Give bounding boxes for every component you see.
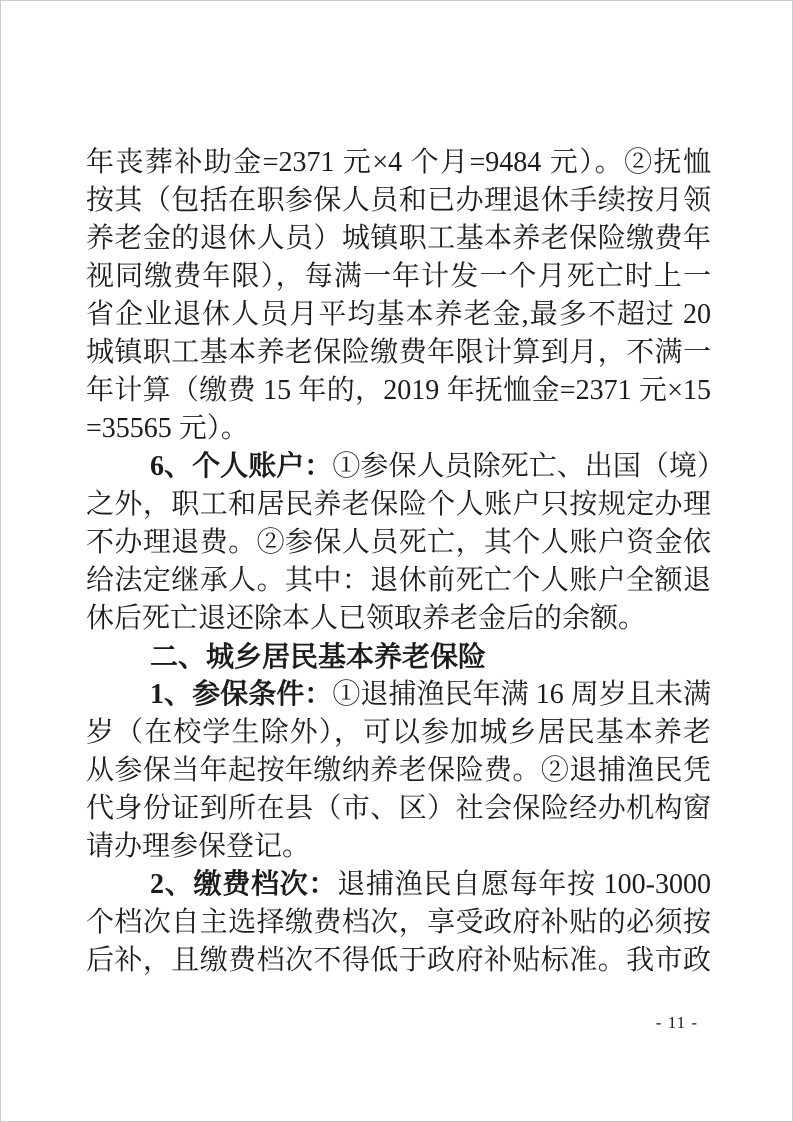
text-line: =35565 元）。 — [86, 410, 711, 448]
text-line: 按其（包括在职参保人员和已办理退休手续按月领取基本 — [86, 182, 711, 220]
bold-text-run: 6、个人账户： — [150, 451, 332, 482]
text-line: 个档次自主选择缴费档次，享受政府补贴的必须按年先缴 — [86, 904, 711, 942]
text-run: 城镇职工基本养老保险缴费年限计算到月，不满一年按一 — [86, 337, 711, 372]
text-line: 年计算（缴费 15 年的，2019 年抚恤金=2371 元×15 个月 — [86, 372, 711, 410]
text-line: 6、个人账户：①参保人员除死亡、出国（境）定居 — [86, 448, 711, 486]
text-line: 年丧葬补助金=2371 元×4 个月=9484 元）。②抚恤金： — [86, 144, 711, 182]
text-line: 请办理参保登记。 — [86, 828, 711, 866]
text-line: 不办理退费。②参保人员死亡，其个人账户资金依法退还 — [86, 524, 711, 562]
document-page: 年丧葬补助金=2371 元×4 个月=9484 元）。②抚恤金：按其（包括在职参… — [0, 0, 793, 1122]
text-run: 之外，职工和居民养老保险个人账户只按规定办理转移， — [86, 489, 711, 524]
text-run: 岁（在校学生除外），可以参加城乡居民基本养老保险。 — [86, 717, 711, 752]
text-line: 代身份证到所在县（市、区）社会保险经办机构窗口点申 — [86, 790, 711, 828]
text-line: 从参保当年起按年缴纳养老保险费。②退捕渔民凭本人二 — [86, 752, 711, 790]
text-run: 给法定继承人。其中：退休前死亡个人账户全额退还，退 — [86, 565, 711, 600]
text-run: 养老金的退休人员）城镇职工基本养老保险缴费年限（含 — [86, 223, 711, 258]
text-line: 岁（在校学生除外），可以参加城乡居民基本养老保险。 — [86, 714, 711, 752]
text-run: 视同缴费年限），每满一年计发一个月死亡时上一年度全 — [86, 261, 711, 296]
text-line: 给法定继承人。其中：退休前死亡个人账户全额退还，退 — [86, 562, 711, 600]
text-run: 休后死亡退还除本人已领取养老金后的余额。 — [86, 603, 646, 634]
text-line: 视同缴费年限），每满一年计发一个月死亡时上一年度全 — [86, 258, 711, 296]
bold-text-run: 二、城乡居民基本养老保险 — [150, 641, 486, 672]
text-run: 代身份证到所在县（市、区）社会保险经办机构窗口点申 — [86, 793, 711, 828]
text-run: =35565 元）。 — [86, 413, 249, 444]
bold-text-run: 1、参保条件： — [150, 679, 332, 710]
text-run: 不办理退费。②参保人员死亡，其个人账户资金依法退还 — [86, 527, 711, 562]
text-line: 后补，且缴费档次不得低于政府补贴标准。我市政府补贴 — [86, 942, 711, 980]
text-run: 从参保当年起按年缴纳养老保险费。②退捕渔民凭本人二 — [86, 755, 711, 790]
text-line: 1、参保条件：①退捕渔民年满 16 周岁且未满 60 周 — [86, 676, 711, 714]
text-line: 省企业退休人员月平均基本养老金,最多不超过 20 个月。 — [86, 296, 711, 334]
text-line: 之外，职工和居民养老保险个人账户只按规定办理转移， — [86, 486, 711, 524]
text-run: 按其（包括在职参保人员和已办理退休手续按月领取基本 — [86, 185, 711, 220]
text-run: 后补，且缴费档次不得低于政府补贴标准。我市政府补贴 — [86, 945, 711, 980]
text-run: 年丧葬补助金=2371 元×4 个月=9484 元）。②抚恤金： — [86, 147, 711, 182]
text-line: 2、缴费档次：退捕渔民自愿每年按 100-3000 元 14 — [86, 866, 711, 904]
page-body-text: 年丧葬补助金=2371 元×4 个月=9484 元）。②抚恤金：按其（包括在职参… — [86, 144, 711, 980]
text-run: 个档次自主选择缴费档次，享受政府补贴的必须按年先缴 — [86, 907, 711, 942]
section-heading-line: 二、城乡居民基本养老保险 — [86, 638, 711, 676]
text-line: 城镇职工基本养老保险缴费年限计算到月，不满一年按一 — [86, 334, 711, 372]
text-line: 休后死亡退还除本人已领取养老金后的余额。 — [86, 600, 711, 638]
text-run: 请办理参保登记。 — [86, 831, 310, 862]
text-line: 养老金的退休人员）城镇职工基本养老保险缴费年限（含 — [86, 220, 711, 258]
text-run: 年计算（缴费 15 年的，2019 年抚恤金=2371 元×15 个月 — [86, 375, 711, 410]
text-run: 省企业退休人员月平均基本养老金,最多不超过 20 个月。 — [86, 299, 711, 334]
page-number: - 11 - — [656, 1013, 698, 1033]
bold-text-run: 2、缴费档次： — [150, 869, 337, 900]
